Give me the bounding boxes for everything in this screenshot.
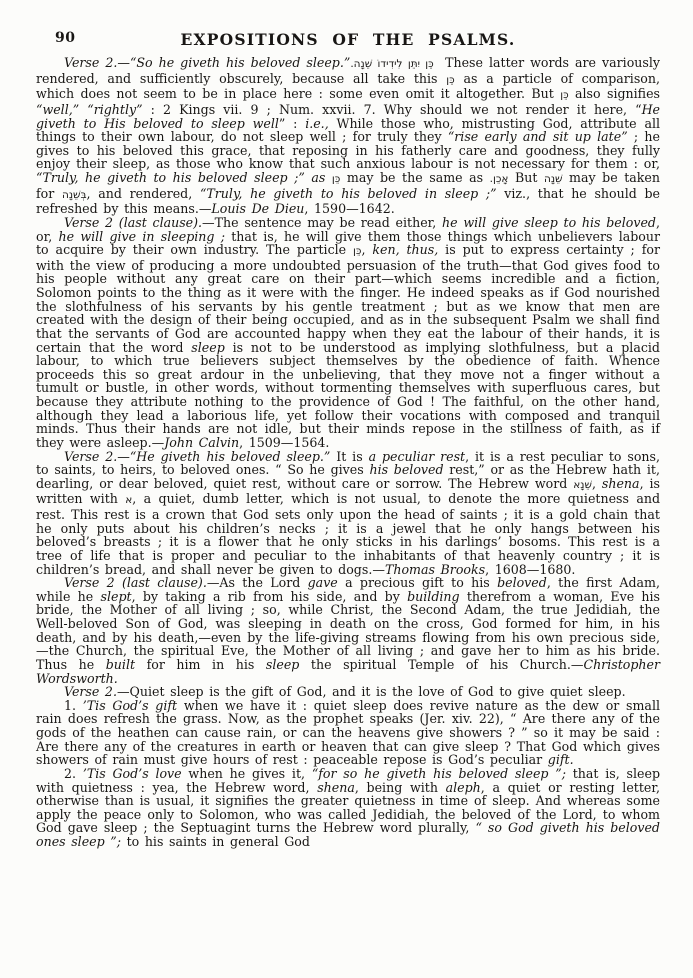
text-segment: sleep: [266, 657, 299, 672]
body-paragraph: Verse 2 (last clause).—The sentence may …: [36, 216, 660, 450]
text-segment: shena: [602, 476, 640, 491]
hebrew-text: שֵׁנָא: [573, 479, 592, 491]
hebrew-text: שֵׁנָה: [544, 173, 563, 185]
text-segment: , and rendered,: [87, 186, 200, 201]
body-paragraph: 1. ’Tis God’s gift when we have it : qui…: [36, 699, 660, 767]
running-title: EXPOSITIONS OF THE PSALMS.: [36, 30, 660, 49]
text-segment: ,: [361, 242, 372, 257]
text-segment: to his saints in general God: [121, 834, 310, 849]
hebrew-text: כֵּן: [446, 74, 454, 86]
hebrew-text: אָכֵן.: [490, 173, 509, 185]
page-number: 90: [55, 30, 75, 46]
text-segment: the spiritual Temple of his Church.—: [299, 657, 583, 672]
text-segment: “Truly, he giveth to his beloved in slee…: [200, 186, 497, 201]
text-segment: as: [305, 170, 332, 185]
text-segment: is put to express certainty ; for with t…: [36, 242, 660, 354]
book-page: 90 EXPOSITIONS OF THE PSALMS. Verse 2.—“…: [0, 0, 693, 978]
text-segment: Verse 2.—“So he giveth his beloved sleep…: [64, 55, 350, 70]
body-paragraph: Verse 2.—“So he giveth his beloved sleep…: [36, 56, 660, 216]
text-segment: “Truly, he giveth to his beloved sleep ;…: [36, 170, 305, 185]
text-segment: ,: [592, 476, 602, 491]
page-header: 90 EXPOSITIONS OF THE PSALMS.: [36, 30, 660, 52]
hebrew-text: בְּשֵׁנָה: [62, 189, 87, 201]
text-segment: is not to be understood as implying slot…: [36, 340, 660, 450]
hebrew-text: כֵּן יִתֵּן לִידִידוֹ שֵׁנָה.: [350, 58, 439, 70]
body-paragraph: Verse 2.—“He giveth his beloved sleep.” …: [36, 450, 660, 577]
body-paragraph: Verse 2.—Quiet sleep is the gift of God,…: [36, 685, 660, 699]
text-segment: ken, thus,: [372, 242, 438, 257]
hebrew-text: כֵּן: [560, 89, 568, 101]
text-segment: may be the same as: [340, 170, 489, 185]
body-paragraph: 2. ’Tis God’s love when he gives it, “fo…: [36, 767, 660, 849]
text-segment: for him in his: [135, 657, 266, 672]
text-segment: also signifies: [569, 86, 660, 101]
body-paragraph: Verse 2 (last clause).—As the Lord gave …: [36, 576, 660, 685]
text-segment: But: [508, 170, 544, 185]
page-body: Verse 2.—“So he giveth his beloved sleep…: [36, 56, 660, 849]
